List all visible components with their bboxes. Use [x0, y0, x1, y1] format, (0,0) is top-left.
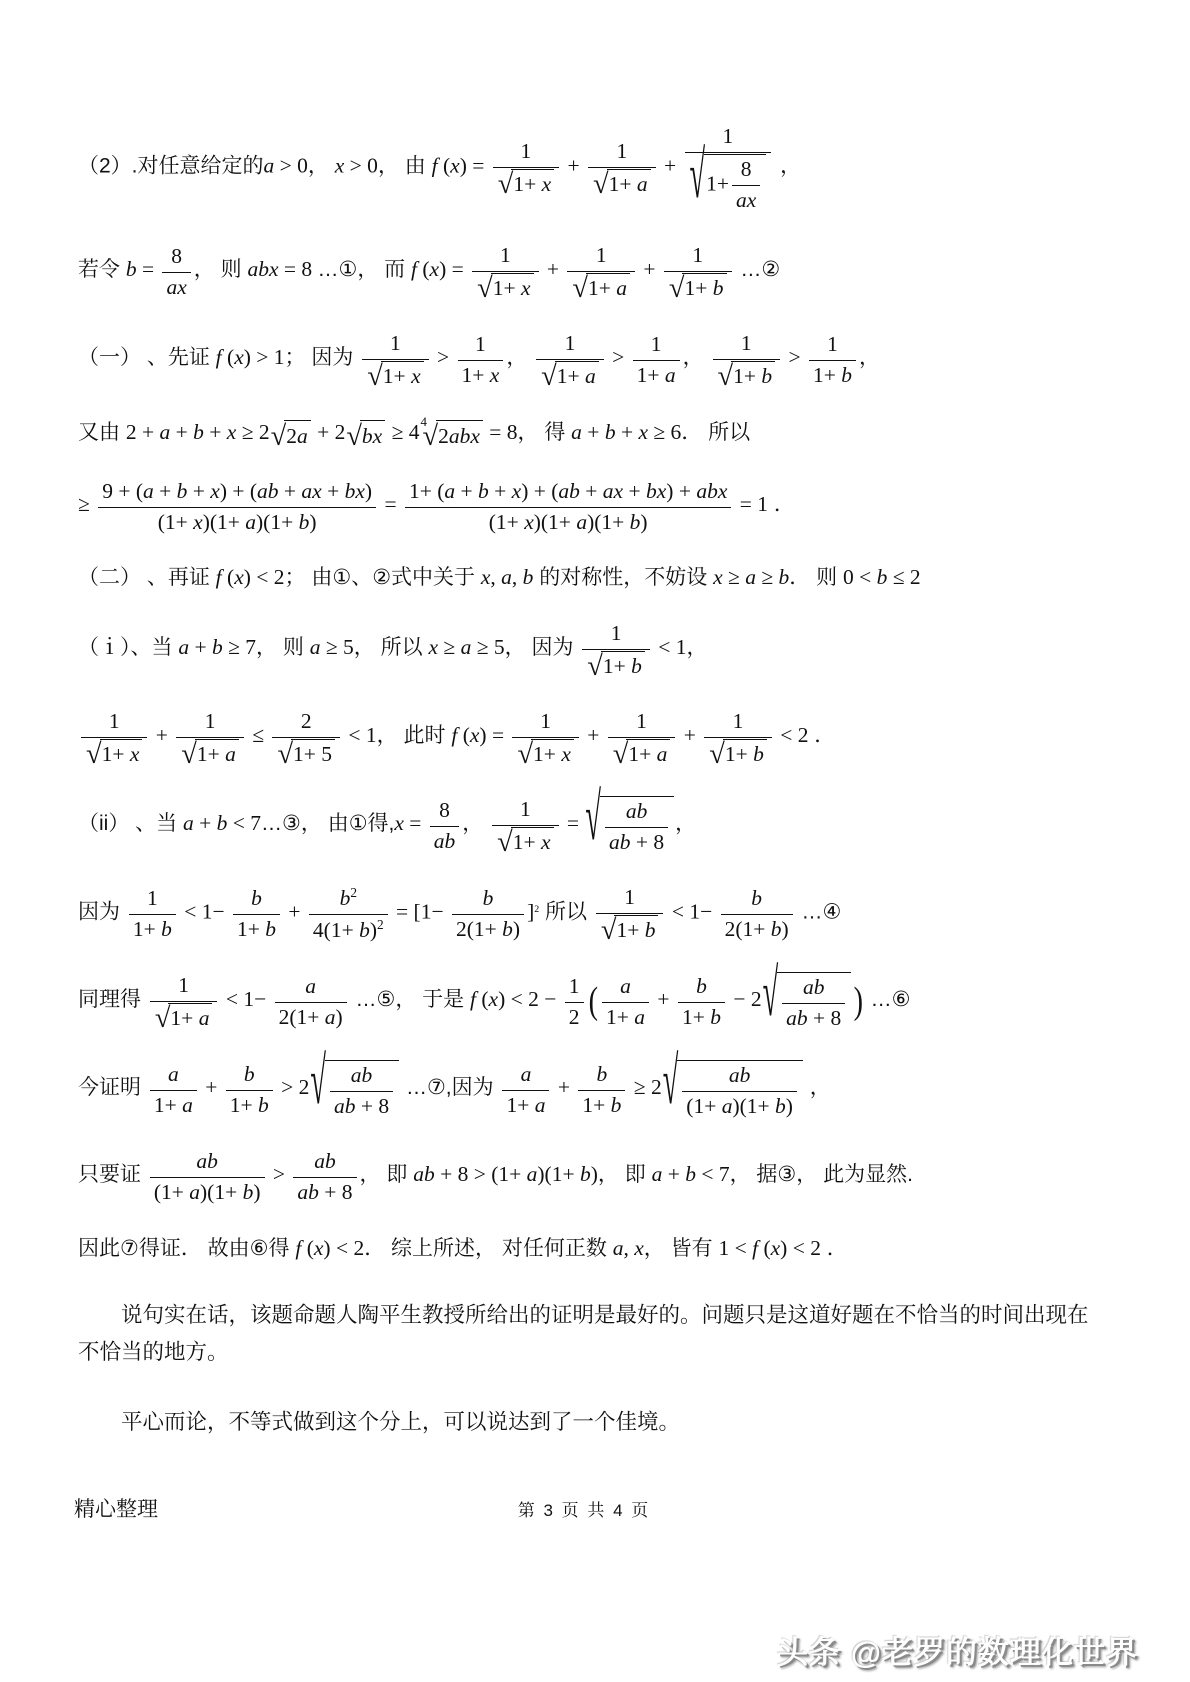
math-italic: ab: [351, 1063, 373, 1087]
math-run: 1+ b: [682, 1005, 721, 1029]
math-italic: b: [340, 886, 351, 910]
math-run: 2(1+ b): [725, 917, 789, 941]
fraction-numerator: a: [502, 1061, 549, 1091]
fraction-denominator: ab + 8: [330, 1092, 393, 1121]
fraction: 1√1+ x: [362, 330, 428, 391]
math-run: − 2: [728, 987, 762, 1011]
radical: √1+ x: [497, 827, 553, 857]
formula-line: 今证明 a1+ a + b1+ b > 2√abab + 8 …⑦,因为 a1+…: [78, 1060, 1090, 1121]
math-run: 1+: [706, 171, 729, 195]
math-italic: x: [234, 345, 244, 369]
math-run: ax: [736, 188, 756, 212]
fraction-denominator: √1+ x: [493, 168, 559, 199]
cjk-run: ， 因为: [505, 636, 580, 659]
math-run: 1: [624, 885, 635, 909]
cjk-run: ， 据③， 此为显然.: [730, 1163, 913, 1186]
math-run: >: [783, 345, 806, 369]
radical: √1+ b: [718, 361, 776, 391]
math-italic: x: [234, 565, 244, 589]
math-italic: a: [245, 510, 256, 534]
fraction-denominator: √1+ b: [582, 650, 650, 681]
math-italic: a: [571, 420, 582, 444]
math-italic: x: [470, 723, 480, 747]
math-run: f (x) =: [411, 257, 469, 281]
fraction-numerator: 1: [809, 331, 856, 361]
formula-line: 因为 11+ b < 1− b1+ b + b24(1+ b)2 = [1− b…: [78, 884, 1090, 945]
math-italic: a: [189, 1180, 200, 1204]
math-italic: a: [535, 1093, 546, 1117]
math-italic: b: [212, 635, 223, 659]
math-run: 1: [827, 332, 838, 356]
math-italic: x: [394, 811, 404, 835]
math-italic: a: [620, 974, 631, 998]
fraction-numerator: b: [721, 885, 793, 915]
cjk-run: ； 由①、②式中关于: [285, 566, 481, 589]
radical-body: 1+ a: [626, 739, 670, 769]
math-italic: ab: [803, 975, 825, 999]
fraction-numerator: 1: [472, 242, 538, 272]
radical-sign: √: [585, 789, 601, 852]
math-italic: x: [210, 479, 220, 503]
cjk-run: ， 皆有: [644, 1237, 719, 1260]
math-run: b: [751, 886, 762, 910]
math-run: +: [659, 154, 682, 178]
math-run: f (x) =: [451, 723, 509, 747]
page-number: 第 3 页 共 4 页: [78, 1496, 1090, 1521]
fraction-numerator: ab: [682, 1062, 797, 1092]
math-run: 1: [205, 709, 216, 733]
radical-body: 1+ x: [381, 361, 424, 391]
math-run: a: [620, 974, 631, 998]
fraction: 1√1+ a: [150, 972, 218, 1033]
math-run: 2a: [286, 424, 308, 448]
fraction-denominator: (1+ a)(1+ b): [150, 1178, 265, 1207]
fraction-numerator: 2: [272, 708, 340, 738]
math-run: 1+ a: [609, 172, 648, 196]
fraction-numerator: 1: [704, 708, 772, 738]
math-italic: a: [325, 1005, 336, 1029]
fraction-denominator: 2(1+ b): [721, 915, 793, 944]
math-italic: a: [143, 479, 154, 503]
radical: √1+ a: [613, 739, 671, 769]
math-run: > 2: [276, 1075, 310, 1099]
fraction-denominator: √1+ 5: [272, 738, 340, 769]
radical-body: abab + 8: [325, 1060, 399, 1121]
math-run: ab: [434, 829, 456, 853]
math-run: 1+ a: [628, 742, 667, 766]
fraction-numerator: 1: [567, 242, 635, 272]
math-run: 1+ a: [606, 1005, 645, 1029]
math-run: + 2: [312, 420, 346, 444]
math-run: 1+ a: [154, 1093, 193, 1117]
math-italic: b: [761, 364, 772, 388]
fraction-denominator: 2(1+ a): [275, 1003, 347, 1032]
math-italic: abx: [247, 257, 278, 281]
math-italic: b: [193, 420, 204, 444]
math-run: f (x) > 1: [216, 345, 285, 369]
radical: √1+ a: [572, 273, 630, 303]
fraction-numerator: 1: [588, 138, 656, 168]
fraction: abab + 8: [782, 974, 845, 1033]
math-run: >: [432, 345, 455, 369]
formula-line: 因此⑦得证． 故由⑥得 f (x) < 2． 综上所述， 对任何正数 a, x，…: [78, 1234, 1090, 1263]
math-run: b: [597, 1062, 608, 1086]
cjk-run: ， 此时: [377, 724, 452, 747]
math-italic: ab: [314, 1149, 336, 1173]
fraction: 8ax: [162, 243, 190, 302]
fraction: b2(1+ b): [452, 885, 524, 944]
math-run: 1+ b: [616, 918, 655, 942]
math-run: 1: [596, 243, 607, 267]
math-italic: x: [481, 565, 491, 589]
fraction: 1√1+ b: [713, 330, 781, 391]
math-italic: b: [126, 257, 137, 281]
radical-sign: √: [763, 965, 779, 1028]
math-italic: ax: [301, 479, 321, 503]
fraction: b24(1+ b)2: [309, 884, 388, 945]
math-italic: ab: [609, 830, 631, 854]
cjk-run: ，: [687, 636, 708, 659]
math-run: x =: [394, 811, 426, 835]
fraction-denominator: √1+ b: [704, 738, 772, 769]
math-run: a: [305, 974, 316, 998]
radical: √1+ x: [498, 169, 554, 199]
math-run: +: [582, 723, 605, 747]
math-italic: x: [314, 1236, 324, 1260]
math-italic: a: [444, 479, 455, 503]
radical-body: 1+8ax: [704, 154, 766, 215]
math-italic: b: [299, 510, 310, 534]
math-italic: a: [178, 635, 189, 659]
math-italic: f: [752, 1236, 758, 1260]
math-run: >: [607, 345, 630, 369]
fraction-denominator: √1+ a: [536, 360, 604, 391]
math-italic: ax: [603, 479, 623, 503]
math-run: 1: [475, 332, 486, 356]
math-italic: a: [168, 1062, 179, 1086]
math-run: 1+ x: [493, 276, 531, 300]
math-italic: a: [501, 565, 512, 589]
fraction: 1√1+ b: [596, 884, 664, 945]
fraction: a1+ a: [502, 1061, 549, 1120]
radical-body: 1+ x: [100, 739, 143, 769]
fraction: 1√1+ x: [492, 796, 558, 857]
math-italic: a: [182, 1093, 193, 1117]
math-italic: abx: [449, 424, 480, 448]
math-run: x, a, b: [481, 565, 534, 589]
fraction-denominator: √1+ b: [713, 360, 781, 391]
fraction: b1+ b: [233, 885, 280, 944]
radical: √1+ b: [587, 651, 645, 681]
watermark-text: 头条 @老罗的数理化世界: [777, 1627, 1138, 1672]
math-run: ab: [626, 799, 648, 823]
math-italic: a: [665, 363, 676, 387]
math-italic: b: [605, 420, 616, 444]
math-italic: x: [638, 420, 648, 444]
math-run: 1+ a: [588, 276, 627, 300]
radical-body: 1+ x: [491, 273, 534, 303]
math-run: (1+ a)(1+ b): [154, 1180, 261, 1204]
math-run: 1+ x: [513, 830, 551, 854]
math-italic: b: [753, 742, 764, 766]
math-run: 2(1+ b): [456, 917, 520, 941]
cjk-run: 的对称性，不妨设: [533, 566, 713, 589]
radical: √1+ x: [86, 739, 142, 769]
fraction-denominator: 1+ b: [578, 1091, 625, 1120]
math-run: =: [379, 492, 402, 516]
math-run: 1+ a: [170, 1006, 209, 1030]
math-run: 1: [611, 621, 622, 645]
fraction: 1√1+ b: [664, 242, 732, 303]
fraction: abab + 8: [293, 1148, 356, 1207]
math-italic: ab: [558, 479, 580, 503]
math-run: b: [696, 974, 707, 998]
formula-line: （二） 、再证 f (x) < 2； 由①、②式中关于 x, a, b 的对称性…: [78, 563, 1090, 592]
fraction-numerator: ab: [782, 974, 845, 1004]
fraction-numerator: 1: [713, 330, 781, 360]
math-run: 1: [636, 709, 647, 733]
math-run: < 1: [343, 723, 377, 747]
math-run: (1+ x)(1+ a)(1+ b): [489, 510, 648, 534]
radical: √1+ x: [477, 273, 533, 303]
radical-body: ab(1+ a)(1+ b): [677, 1060, 803, 1121]
math-italic: ab: [413, 1162, 435, 1186]
math-italic: b: [244, 1062, 255, 1086]
radical: √abab + 8: [310, 1060, 399, 1121]
fraction-denominator: (1+ x)(1+ a)(1+ b): [405, 508, 731, 537]
fraction-denominator: √1+ x: [512, 738, 578, 769]
math-italic: b: [779, 565, 790, 589]
math-run: a > 0: [264, 154, 308, 178]
cjk-run: ， 由: [378, 155, 432, 178]
math-run: = 8: [484, 420, 518, 444]
math-run: 1+ x: [102, 742, 140, 766]
radical: √1+ 5: [277, 739, 335, 769]
math-italic: b: [478, 479, 489, 503]
fraction-denominator: 1+ x: [458, 361, 504, 390]
formula-line: 又由 2 + a + b + x ≥ 2√2a + 2√bx ≥ 44√2abx…: [78, 418, 1090, 451]
math-italic: b: [696, 974, 707, 998]
cjk-run: ，: [462, 812, 489, 835]
radical-body: 1+ x: [531, 739, 574, 769]
math-italic: ab: [786, 1006, 808, 1030]
fraction-numerator: b: [233, 885, 280, 915]
cjk-run: 只要证: [78, 1163, 147, 1186]
fraction: 1+ (a + b + x) + (ab + ax + bx) + abx(1+…: [405, 478, 731, 537]
fraction: 1√1+ b: [704, 708, 772, 769]
math-run: 4(1+ b): [313, 918, 377, 942]
math-run: b: [340, 886, 351, 910]
math-run: 1: [565, 331, 576, 355]
fraction-numerator: 8: [430, 797, 460, 827]
fraction-numerator: b: [226, 1061, 273, 1091]
math-italic: x: [130, 742, 140, 766]
math-run: a + b + x ≥ 6: [571, 420, 681, 444]
math-run: = 1: [734, 492, 768, 516]
radical-body: 1+ a: [586, 273, 630, 303]
math-run: ab + 8: [297, 1180, 352, 1204]
math-italic: b: [611, 1093, 622, 1117]
fraction-denominator: ab + 8: [293, 1178, 356, 1207]
radical: √bx: [346, 420, 385, 451]
formula-line: （2）.对任意给定的a > 0， x > 0， 由 f (x) = 1√1+ x…: [78, 123, 1090, 215]
math-italic: a: [576, 510, 587, 534]
fraction-denominator: (1+ x)(1+ a)(1+ b): [98, 508, 376, 537]
math-run: 1: [500, 243, 511, 267]
math-run: ab: [351, 1063, 373, 1087]
cjk-run: ． 则: [789, 566, 843, 589]
formula-line: ≥ 9 + (a + b + x) + (ab + ax + bx)(1+ x)…: [78, 478, 1090, 537]
math-run: ax: [166, 275, 186, 299]
fraction-denominator: √1+ b: [596, 914, 664, 945]
math-run: 1+ b: [813, 363, 852, 387]
fraction-numerator: 1: [492, 796, 558, 826]
math-run: x > 0: [335, 154, 378, 178]
fraction-numerator: 1: [81, 708, 147, 738]
fraction: b1+ b: [578, 1061, 625, 1120]
math-italic: a: [225, 742, 236, 766]
radical-body: 1+ b: [723, 739, 767, 769]
math-run: 0 < b ≤ 2: [843, 565, 921, 589]
radical-body: 1+ a: [607, 169, 651, 199]
math-run: b =: [126, 257, 160, 281]
math-italic: x: [411, 364, 421, 388]
radical-body: abab + 8: [600, 796, 674, 857]
math-italic: b: [502, 917, 513, 941]
fraction-denominator: 1+ a: [633, 361, 680, 390]
math-run: 2 + a + b + x ≥ 2: [126, 420, 270, 444]
math-run: < 1−: [666, 899, 717, 923]
cjk-run: …⑤， 于是: [350, 988, 470, 1011]
fraction-denominator: 1+ b: [809, 361, 856, 390]
fraction: 11+ b: [809, 331, 856, 390]
fraction-denominator: √1+ a: [588, 168, 656, 199]
document-page: （2）.对任意给定的a > 0， x > 0， 由 f (x) = 1√1+ x…: [0, 0, 1190, 1682]
fraction: 8ab: [430, 797, 460, 856]
fraction: 1√1+ b: [582, 620, 650, 681]
fraction-numerator: b: [452, 885, 524, 915]
math-italic: a: [461, 635, 472, 659]
fraction-denominator: 1+ b: [129, 915, 176, 944]
math-italic: b: [580, 1162, 591, 1186]
radical: √1+8ax: [690, 154, 767, 215]
math-run: 1+ b: [230, 1093, 269, 1117]
cjk-run: （ｉ）、当: [78, 636, 178, 659]
math-italic: ab: [297, 1180, 319, 1204]
cjk-run: 因此⑦得证． 故由⑥得: [78, 1237, 295, 1260]
cjk-run: 所以: [539, 900, 593, 923]
fraction-denominator: √1+ a: [567, 272, 635, 303]
math-italic: a: [264, 154, 275, 178]
math-italic: b: [841, 363, 852, 387]
math-run: 1+ (a + b + x) + (ab + ax + bx) + abx: [409, 479, 727, 503]
fraction-denominator: √1+ b: [664, 272, 732, 303]
fraction-numerator: 1+ (a + b + x) + (ab + ax + bx) + abx: [405, 478, 731, 508]
fraction-numerator: 9 + (a + b + x) + (ab + ax + bx): [98, 478, 376, 508]
fraction: 1√1+ a: [176, 708, 244, 769]
math-run: 1: [109, 709, 120, 733]
cjk-run: ． 所以: [681, 421, 750, 444]
cjk-run: （二） 、再证: [78, 566, 216, 589]
math-italic: x: [542, 172, 552, 196]
superscript: 2: [377, 917, 384, 932]
fraction: a2(1+ a): [275, 973, 347, 1032]
math-italic: x: [490, 363, 500, 387]
math-italic: a: [183, 811, 194, 835]
math-run: 2: [569, 1005, 580, 1029]
cjk-run: 今证明: [78, 1076, 147, 1099]
cjk-run: ，: [804, 1076, 831, 1099]
fraction-numerator: 1: [458, 331, 504, 361]
fraction-numerator: ab: [293, 1148, 356, 1178]
fraction-denominator: ax: [732, 186, 760, 215]
cjk-run: ， 则: [194, 258, 248, 281]
math-run: x ≥ a ≥ 5: [428, 635, 504, 659]
math-run: ab: [314, 1149, 336, 1173]
math-italic: a: [637, 172, 648, 196]
math-run: < 1−: [179, 899, 230, 923]
math-italic: b: [751, 886, 762, 910]
math-run: +: [678, 723, 701, 747]
radical-body: 1+ a: [168, 1003, 212, 1033]
math-italic: b: [265, 917, 276, 941]
cjk-run: ， 所以: [354, 636, 429, 659]
math-run: 2abx: [438, 424, 480, 448]
math-run: 1+ a: [637, 363, 676, 387]
cjk-run: …⑥: [865, 988, 911, 1011]
fraction-denominator: 1+ b: [226, 1091, 273, 1120]
fraction: 1√1+ x: [493, 138, 559, 199]
math-italic: x: [561, 742, 571, 766]
math-run: b: [244, 1062, 255, 1086]
fraction-numerator: 8: [732, 156, 760, 186]
math-run: 1: [521, 139, 532, 163]
math-italic: ab: [257, 479, 279, 503]
math-run: ab: [196, 1149, 218, 1173]
cjk-run: 若令: [78, 258, 126, 281]
math-run: 1: [692, 243, 703, 267]
radical: √1+ b: [601, 915, 659, 945]
math-italic: f: [411, 257, 417, 281]
math-italic: f: [295, 1236, 301, 1260]
math-run: a ≥ 5: [310, 635, 354, 659]
radical-body: 1+ b: [614, 915, 658, 945]
fraction: 9 + (a + b + x) + (ab + ax + bx)(1+ x)(1…: [98, 478, 376, 537]
cjk-run: （2）.对任意给定的: [78, 155, 264, 178]
math-run: 1+ b: [603, 654, 642, 678]
math-italic: b: [251, 886, 262, 910]
math-run: ab + 8: [609, 830, 664, 854]
math-run: f (x) < 2: [295, 1236, 364, 1260]
fraction-numerator: 1: [493, 138, 559, 168]
fraction: ab(1+ a)(1+ b): [682, 1062, 797, 1121]
radical-body: 1+ b: [731, 361, 775, 391]
math-run: 2(1+ a): [279, 1005, 343, 1029]
math-italic: b: [483, 886, 494, 910]
radical-body: 2abx: [436, 420, 483, 451]
paragraph-commentary-1: 说句实在话，该题命题人陶平生教授所给出的证明是最好的。问题只是这道好题在不恰当的…: [78, 1297, 1090, 1370]
cjk-run: ，: [506, 346, 533, 369]
radical-body: abab + 8: [777, 972, 851, 1033]
fraction: 1√1+8ax: [685, 123, 772, 215]
math-italic: b: [217, 811, 228, 835]
fraction-denominator: √1+ a: [150, 1002, 218, 1033]
math-run: (1+ x)(1+ a)(1+ b): [158, 510, 317, 534]
math-run: < 1: [653, 635, 687, 659]
radical: √1+ x: [517, 739, 573, 769]
fraction-numerator: 1: [362, 330, 428, 360]
radical: √ab(1+ a)(1+ b): [663, 1060, 803, 1121]
